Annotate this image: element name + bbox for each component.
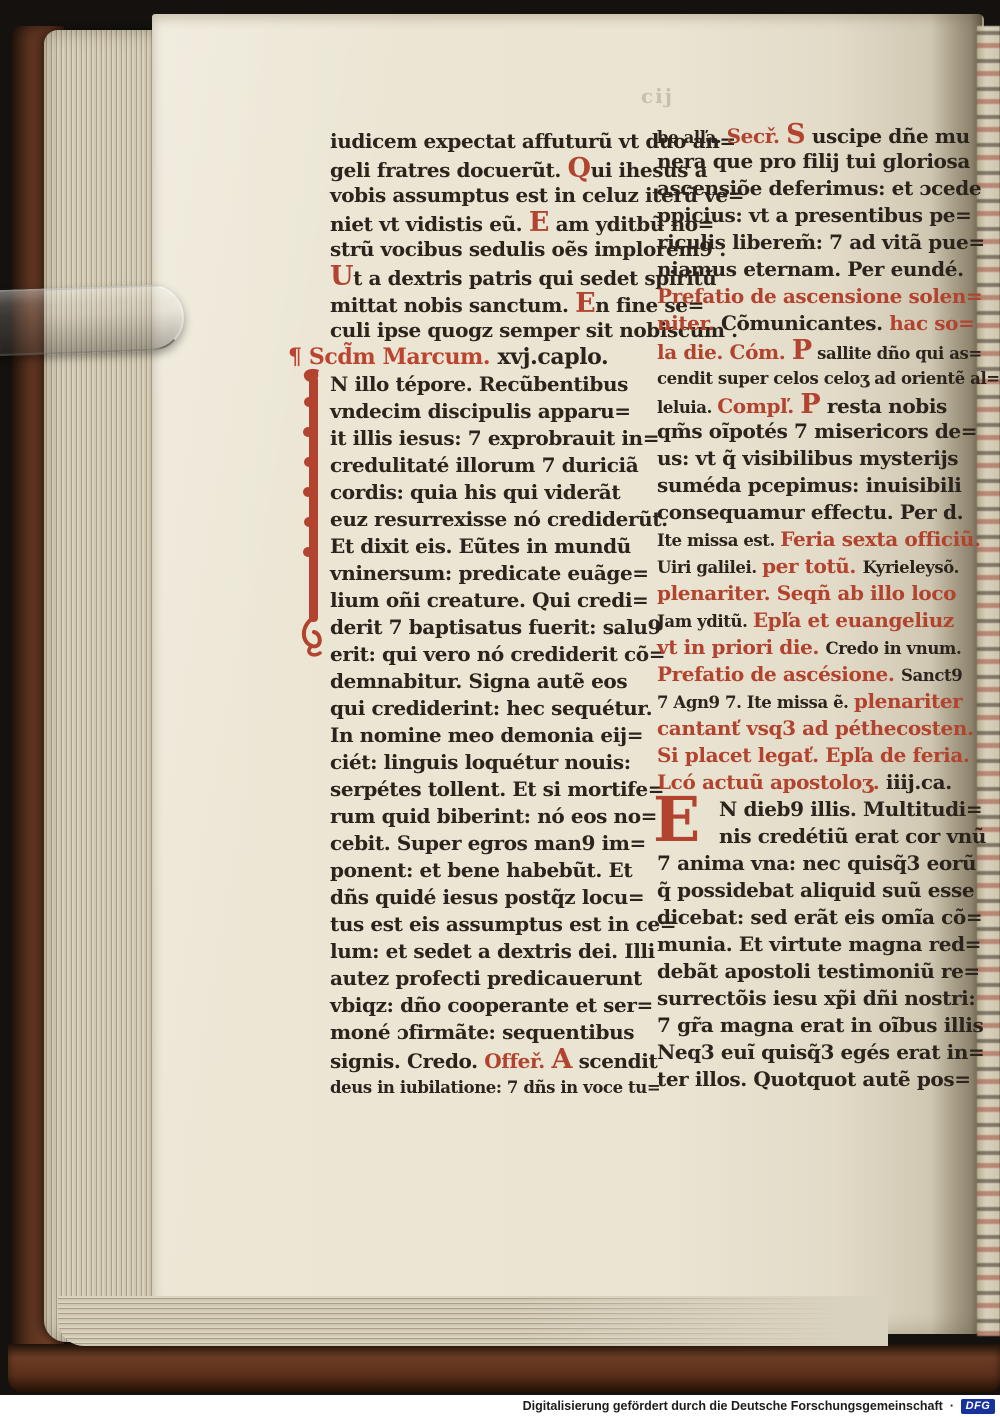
- rubric-text: plenariter: [854, 689, 962, 713]
- rubric-text: hac so=: [889, 311, 974, 335]
- body-text: ciét: linguis loquétur nouis:: [330, 750, 631, 774]
- page-edge-stack-bottom: [58, 1296, 888, 1346]
- text-line: lium oñi creature. Qui credi=: [330, 587, 646, 614]
- rubric-text: plenariter. Seqñ ab illo loco: [657, 581, 956, 605]
- rubric-text: Secř.: [727, 124, 787, 148]
- body-text: autez profecti predicauerunt: [330, 966, 642, 990]
- body-text: serpétes tollent. Et si mortife=: [330, 777, 664, 801]
- footer-separator: ·: [950, 1399, 954, 1413]
- text-line: cebit. Super egros man9 im=: [330, 830, 646, 857]
- body-text: erit: qui vero nó crediderit cõ=: [330, 642, 665, 666]
- rubric-text: Epľa et euangeliuz: [753, 608, 954, 632]
- text-line: Prefatio de ascésione. Sanct9: [657, 661, 979, 688]
- body-text: niamus eternam. Per eundé.: [657, 257, 964, 281]
- text-line: signis. Credo. Offeř. A scendit: [330, 1046, 646, 1073]
- body-text: ascensiõe deferimus: et ɔcede: [657, 176, 981, 200]
- body-text: 7 Agn9 7. Ite missa ẽ.: [657, 693, 854, 712]
- rubric-text: P: [792, 335, 812, 366]
- rubric-text: la die. Cóm.: [657, 340, 792, 364]
- body-text: geli fratres docuerũt.: [330, 158, 568, 182]
- text-line: plenariter. Seqñ ab illo loco: [657, 580, 979, 607]
- body-text: N dieb9 illis. Multitudi=: [719, 797, 982, 821]
- rubric-text: niter.: [657, 311, 721, 335]
- body-text: dñs quidé iesus postq̃z locu=: [330, 885, 644, 909]
- text-line: niamus eternam. Per eundé.: [657, 256, 979, 283]
- body-text: vndecim discipulis apparu=: [330, 399, 631, 423]
- body-text: demnabitur. Signa autẽ eos: [330, 669, 627, 693]
- text-line: culi ipse quogz semper sit nobiscum .: [330, 317, 646, 344]
- text-line: q̃ possidebat aliquid suũ esse: [657, 877, 979, 904]
- text-line: derit 7 baptisatus fuerit: salu9: [330, 614, 646, 641]
- rubric-text: Scd̃m Marcum.: [309, 344, 490, 370]
- text-line: ppicius: vt a presentibus pe=: [657, 202, 979, 229]
- text-line: rum quid biberint: nó eos no=: [330, 803, 646, 830]
- red-initial-ornament: [297, 366, 325, 658]
- body-text: cebit. Super egros man9 im=: [330, 831, 646, 855]
- text-line: Si placet legať. Epľa de feria.: [657, 742, 979, 769]
- body-text: In nomine meo demonia eij=: [330, 723, 643, 747]
- text-line: strũ vocibus sedulis oẽs implorem9 .: [330, 236, 646, 263]
- text-line: Jam yditũ. Epľa et euangeliuz: [657, 607, 979, 634]
- body-text: Et dixit eis. Eũtes in mundũ: [330, 534, 631, 558]
- text-line: vndecim discipulis apparu=: [330, 398, 646, 425]
- body-text: lum: et sedet a dextris dei. Illi: [330, 939, 655, 963]
- body-text: vninersum: predicate euãge=: [330, 561, 649, 585]
- body-text: nis credétiũ erat cor vnũ: [719, 824, 986, 848]
- text-line: Ut a dextris patris qui sedet spiritũ: [330, 263, 646, 290]
- text-line: euz resurrexisse nó crediderũt.: [330, 506, 646, 533]
- rubric-text: cantanť vsq3 ad péthecosten.: [657, 716, 974, 740]
- text-line: suméda pcepimus: inuisibili: [657, 472, 979, 499]
- body-text: surrectõis iesu xp̃i dñi nostri:: [657, 986, 975, 1010]
- body-text: cordis: quia his qui viderãt: [330, 480, 620, 504]
- body-text: deus in iubilatione: 7 dñs in voce tu=: [330, 1078, 660, 1097]
- rubric-text: Prefatio de ascensione solen=: [657, 284, 982, 308]
- rubric-text: Offeř.: [484, 1049, 551, 1073]
- text-line: ascensiõe deferimus: et ɔcede: [657, 175, 979, 202]
- text-line: la die. Cóm. P sallite dño qui as=: [657, 337, 979, 364]
- text-line: qm̃s oĩpotés 7 misericors de=: [657, 418, 979, 445]
- text-line: ¶ Scd̃m Marcum. xvj.caplo.: [288, 344, 646, 371]
- right-text-column: be alľa. Secř. S uscipe dñe munera que p…: [657, 121, 979, 1093]
- text-line: ciét: linguis loquétur nouis:: [330, 749, 646, 776]
- body-text: derit 7 baptisatus fuerit: salu9: [330, 615, 661, 639]
- text-line: surrectõis iesu xp̃i dñi nostri:: [657, 985, 979, 1012]
- rubric-text: E: [575, 288, 595, 319]
- text-line: In nomine meo demonia eij=: [330, 722, 646, 749]
- body-text: scendit: [572, 1049, 657, 1073]
- text-line: cordis: quia his qui viderãt: [330, 479, 646, 506]
- body-text: ponent: et bene habebũt. Et: [330, 858, 632, 882]
- body-text: Uiri galilei.: [657, 558, 762, 577]
- text-line: be alľa. Secř. S uscipe dñe mu: [657, 121, 979, 148]
- body-text: Kyrieleysõ.: [863, 558, 959, 577]
- text-line: 7 Agn9 7. Ite missa ẽ. plenariter: [657, 688, 979, 715]
- rubric-text: vt in priori die.: [657, 635, 826, 659]
- body-text: leluia.: [657, 398, 717, 417]
- text-line: credulitaté illorum 7 duriciã: [330, 452, 646, 479]
- text-line: lum: et sedet a dextris dei. Illi: [330, 938, 646, 965]
- text-line: dicebat: sed erãt eis omĩa cõ=: [657, 904, 979, 931]
- rubric-text: P: [800, 389, 820, 420]
- body-text: Ite missa est.: [657, 531, 780, 550]
- text-line: N dieb9 illis. Multitudi=: [719, 796, 979, 823]
- dfg-logo: DFG: [961, 1399, 995, 1414]
- text-line: tus est eis assumptus est in ce=: [330, 911, 646, 938]
- rubric-text: Prefatio de ascésione.: [657, 662, 901, 686]
- body-text: dicebat: sed erãt eis omĩa cõ=: [657, 905, 982, 929]
- text-line: qui crediderint: hec sequétur.: [330, 695, 646, 722]
- body-text: consequamur effectu. Per d.: [657, 500, 963, 524]
- body-text: iiij.ca.: [886, 770, 952, 794]
- text-line: nis credétiũ erat cor vnũ: [719, 823, 979, 850]
- text-line: Ite missa est. Feria sexta officiũ.: [657, 526, 979, 553]
- rubric-text: Si placet legať. Epľa de feria.: [657, 743, 969, 767]
- text-line: serpétes tollent. Et si mortife=: [330, 776, 646, 803]
- body-text: Cõmunicantes.: [721, 311, 889, 335]
- body-text: qm̃s oĩpotés 7 misericors de=: [657, 419, 977, 443]
- body-text: Neq3 euĩ quisq̃3 egés erat in=: [657, 1040, 984, 1064]
- text-line: iudicem expectat affuturũ vt duo an=: [330, 128, 646, 155]
- rubric-text: A: [551, 1044, 572, 1075]
- text-line: munia. Et virtute magna red=: [657, 931, 979, 958]
- body-text: rum quid biberint: nó eos no=: [330, 804, 657, 828]
- text-line: autez profecti predicauerunt: [330, 965, 646, 992]
- rubric-text: E: [529, 207, 549, 238]
- body-text: tus est eis assumptus est in ce=: [330, 912, 676, 936]
- text-line: riculis liberem̃: 7 ad vitã pue=: [657, 229, 979, 256]
- text-line: Prefatio de ascensione solen=: [657, 283, 979, 310]
- body-text: signis. Credo.: [330, 1049, 484, 1073]
- body-text: Jam yditũ.: [657, 612, 753, 631]
- text-line: erit: qui vero nó crediderit cõ=: [330, 641, 646, 668]
- text-line: deus in iubilatione: 7 dñs in voce tu=: [330, 1073, 646, 1100]
- text-line: N illo tépore. Recũbentibus: [330, 371, 646, 398]
- body-text: uscipe dñe mu: [805, 124, 970, 148]
- body-text: debãt apostoli testimoniũ re=: [657, 959, 980, 983]
- text-line: debãt apostoli testimoniũ re=: [657, 958, 979, 985]
- text-line: vt in priori die. Credo in vnum.: [657, 634, 979, 661]
- body-text: moné ɔfirmãte: sequentibus: [330, 1020, 634, 1044]
- text-line: vninersum: predicate euãge=: [330, 560, 646, 587]
- body-text: resta nobis: [820, 394, 947, 418]
- body-text: vbiqz: dño cooperante et ser=: [330, 993, 653, 1017]
- rubric-text: ¶: [288, 344, 309, 370]
- text-line: niet vt vidistis eũ. E am yditbũ no=: [330, 209, 646, 236]
- page-edge-stack-left: [44, 30, 164, 1342]
- text-line: ponent: et bene habebũt. Et: [330, 857, 646, 884]
- footer-credit-text: Digitalisierung gefördert durch die Deut…: [523, 1399, 943, 1413]
- body-text: nera que pro filij tui gloriosa: [657, 149, 970, 173]
- body-text: cendit super celos celoʒ ad orientẽ al=: [657, 369, 1000, 388]
- body-text: Credo in vnum.: [826, 639, 962, 658]
- rubric-text: per totũ.: [762, 554, 863, 578]
- text-line: moné ɔfirmãte: sequentibus: [330, 1019, 646, 1046]
- page-holder-clip: [0, 284, 185, 357]
- text-line: it illis iesus: 7 exprobrauit in=: [330, 425, 646, 452]
- body-text: it illis iesus: 7 exprobrauit in=: [330, 426, 659, 450]
- text-line: niter. Cõmunicantes. hac so=: [657, 310, 979, 337]
- body-text: lium oñi creature. Qui credi=: [330, 588, 648, 612]
- drop-cap-initial: E: [653, 792, 711, 850]
- body-text: be alľa.: [657, 128, 727, 147]
- rubric-text: Q: [568, 153, 591, 184]
- text-line: 7 gr̃a magna erat in oĩbus illis: [657, 1012, 979, 1039]
- body-text: ppicius: vt a presentibus pe=: [657, 203, 971, 227]
- text-line: cantanť vsq3 ad péthecosten.: [657, 715, 979, 742]
- body-text: q̃ possidebat aliquid suũ esse: [657, 878, 974, 902]
- text-line: nera que pro filij tui gloriosa: [657, 148, 979, 175]
- text-line: vbiqz: dño cooperante et ser=: [330, 992, 646, 1019]
- body-text: sallite dño qui as=: [812, 344, 982, 363]
- body-text: qui crediderint: hec sequétur.: [330, 696, 652, 720]
- body-text: ter illos. Quotquot autẽ pos=: [657, 1067, 971, 1091]
- text-line: consequamur effectu. Per d.: [657, 499, 979, 526]
- body-text: suméda pcepimus: inuisibili: [657, 473, 961, 497]
- body-text: riculis liberem̃: 7 ad vitã pue=: [657, 230, 985, 254]
- left-text-column: iudicem expectat affuturũ vt duo an=geli…: [330, 128, 646, 1100]
- text-line: dñs quidé iesus postq̃z locu=: [330, 884, 646, 911]
- text-line: mittat nobis sanctum. En fine se=: [330, 290, 646, 317]
- body-text: 7 gr̃a magna erat in oĩbus illis: [657, 1013, 983, 1037]
- text-line: vobis assumptus est in celuz iterũ ve=: [330, 182, 646, 209]
- body-text: 7 anima vna: nec quisq̃3 eorũ: [657, 851, 976, 875]
- text-line: Uiri galilei. per totũ. Kyrieleysõ.: [657, 553, 979, 580]
- text-line: demnabitur. Signa autẽ eos: [330, 668, 646, 695]
- facing-page-sliver: [977, 26, 1000, 1336]
- text-line: ter illos. Quotquot autẽ pos=: [657, 1066, 979, 1093]
- text-line: Et dixit eis. Eũtes in mundũ: [330, 533, 646, 560]
- body-text: xvj.caplo.: [490, 344, 608, 370]
- text-line: cendit super celos celoʒ ad orientẽ al=: [657, 364, 979, 391]
- body-text: us: vt q̃ visibilibus mysterijs: [657, 446, 958, 470]
- text-line: geli fratres docuerũt. Qui ihesus a: [330, 155, 646, 182]
- body-text: N illo tépore. Recũbentibus: [330, 372, 628, 396]
- body-text: euz resurrexisse nó crediderũt.: [330, 507, 668, 531]
- rubric-text: U: [330, 261, 353, 292]
- body-text: munia. Et virtute magna red=: [657, 932, 981, 956]
- footer-credit-bar: Digitalisierung gefördert durch die Deut…: [0, 1395, 1000, 1417]
- body-text: Sanct9: [901, 666, 962, 685]
- text-line: leluia. Compľ. P resta nobis: [657, 391, 979, 418]
- body-text: mittat nobis sanctum.: [330, 293, 575, 317]
- text-line: Neq3 euĩ quisq̃3 egés erat in=: [657, 1039, 979, 1066]
- book-cover-bottom: [8, 1344, 1000, 1392]
- folio-number: cij: [641, 84, 674, 108]
- text-line: 7 anima vna: nec quisq̃3 eorũ: [657, 850, 979, 877]
- rubric-text: Feria sexta officiũ.: [780, 527, 980, 551]
- rubric-text: Compľ.: [717, 394, 800, 418]
- body-text: niet vt vidistis eũ.: [330, 212, 529, 236]
- rubric-text: S: [786, 119, 805, 150]
- body-text: credulitaté illorum 7 duriciã: [330, 453, 638, 477]
- text-line: us: vt q̃ visibilibus mysterijs: [657, 445, 979, 472]
